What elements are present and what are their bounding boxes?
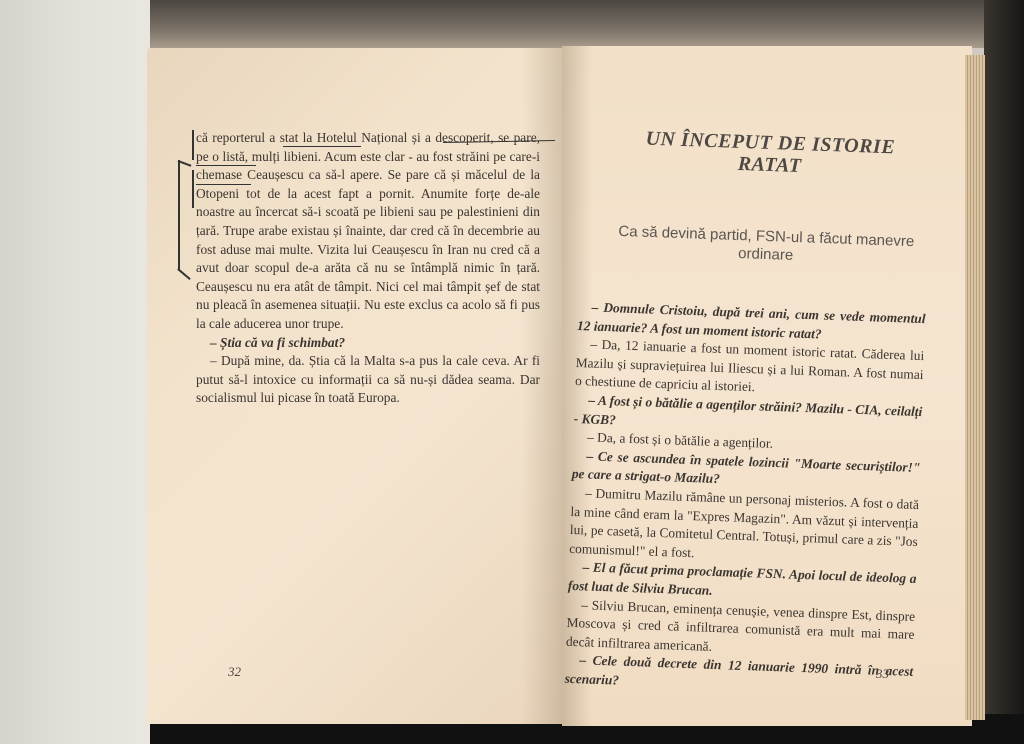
margin-pen-mark (192, 130, 194, 160)
page-number-left: 32 (228, 664, 241, 680)
scan-top-shadow (150, 0, 1024, 48)
book-page-edges (965, 55, 985, 720)
interview-answer: – Dumitru Mazilu rămâne un personaj mist… (569, 484, 919, 570)
right-page-body: – Domnule Cristoiu, după trei ani, cum s… (564, 298, 925, 700)
left-page-body: că reporterul a stat la Hotelul Național… (196, 129, 540, 408)
page-number-right: 33 (876, 666, 889, 682)
margin-bracket (178, 160, 180, 270)
paragraph: că reporterul a stat la Hotelul Național… (196, 129, 540, 334)
margin-pen-mark (192, 170, 194, 208)
interview-answer: – După mine, da. Știa că la Malta s-a pu… (196, 352, 540, 408)
scan-right-edge (984, 0, 1024, 744)
interview-question: – Știa că va fi schimbat? (196, 334, 540, 353)
